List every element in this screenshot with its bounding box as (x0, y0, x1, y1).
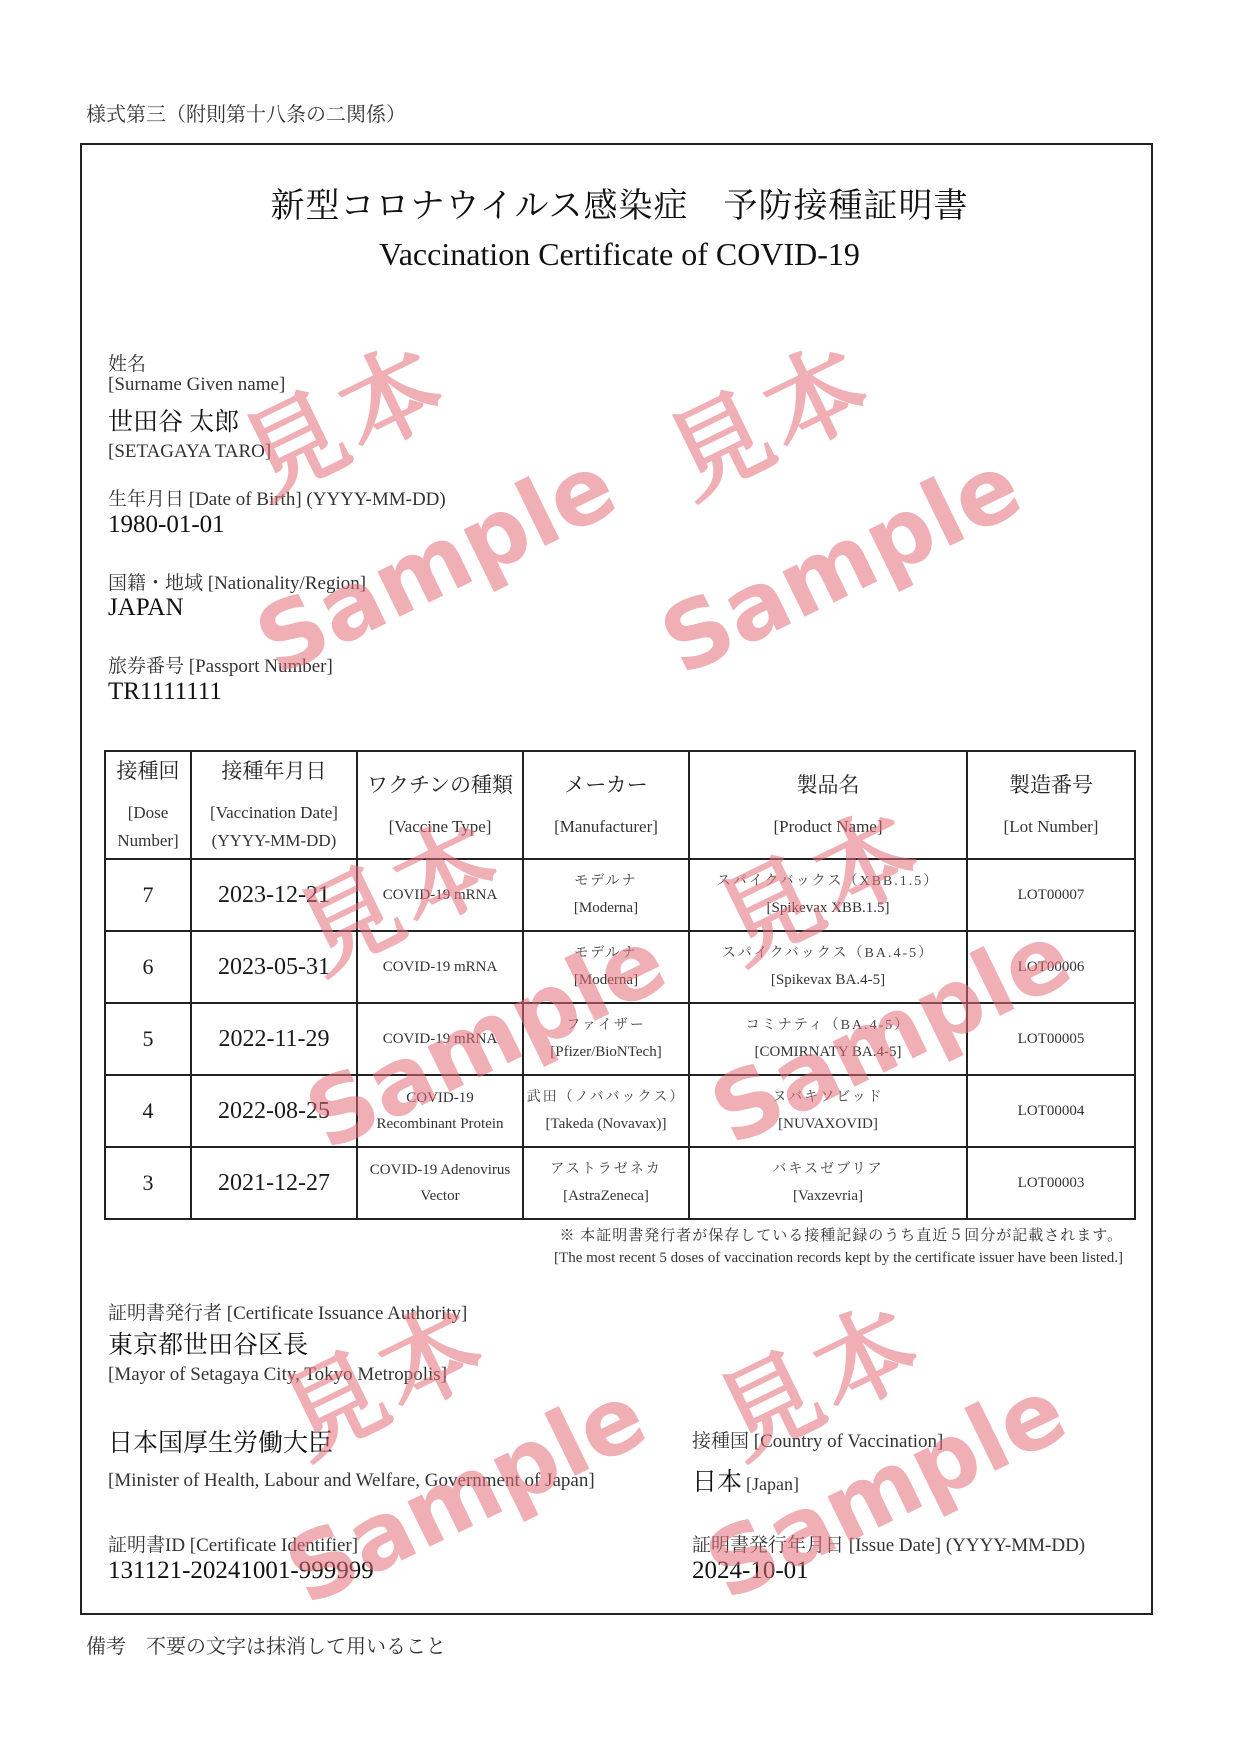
lot-number: LOT00003 (967, 1147, 1135, 1219)
product-name: スパイクバックス（XBB.1.5）[Spikevax XBB.1.5] (689, 859, 967, 931)
vaccine-type-line1: COVID-19 Adenovirus (358, 1157, 522, 1183)
product-name-ja: コミナティ（BA.4-5） (690, 1013, 966, 1039)
product-name: スパイクバックス（BA.4-5）[Spikevax BA.4-5] (689, 931, 967, 1003)
column-header-en: [Product Name] (690, 813, 966, 841)
manufacturer: アストラゼネカ[AstraZeneca] (523, 1147, 689, 1219)
product-name-ja: ヌバキソビッド (690, 1085, 966, 1111)
manufacturer-en: [Moderna] (524, 895, 688, 921)
vaccine-type: COVID-19 mRNA (357, 931, 523, 1003)
product-name-en: [Spikevax BA.4-5] (690, 967, 966, 993)
product-name-ja: スパイクバックス（BA.4-5） (690, 941, 966, 967)
vaccine-type: COVID-19 mRNA (357, 1003, 523, 1075)
passport-value: TR1111111 (108, 678, 222, 706)
title-ja: 新型コロナウイルス感染症 予防接種証明書 (0, 178, 1239, 227)
column-header: 接種回[DoseNumber] (105, 751, 191, 859)
vaccine-type-line1: COVID-19 mRNA (358, 954, 522, 980)
issue-date-label: 証明書発行年月日 [Issue Date] (YYYY-MM-DD) (692, 1530, 1085, 1557)
lot-number: LOT00005 (967, 1003, 1135, 1075)
issuer-label: 証明書発行者 [Certificate Issuance Authority] (108, 1298, 467, 1325)
manufacturer: ファイザー[Pfizer/BioNTech] (523, 1003, 689, 1075)
vaccination-date: 2021-12-27 (191, 1147, 357, 1219)
vaccine-type-line1: COVID-19 mRNA (358, 882, 522, 908)
table-row: 62023-05-31COVID-19 mRNAモデルナ[Moderna]スパイ… (105, 931, 1135, 1003)
form-header: 様式第三（附則第十八条の二関係） (86, 98, 406, 127)
vaccine-type: COVID-19 mRNA (357, 859, 523, 931)
product-name-en: [COMIRNATY BA.4-5] (690, 1039, 966, 1065)
manufacturer-ja: 武田（ノババックス） (524, 1085, 688, 1111)
column-header-en-sub: (YYYY-MM-DD) (192, 827, 356, 855)
table-note-ja: ※ 本証明書発行者が保存している接種記録のうち直近５回分が記載されます。 (559, 1224, 1123, 1245)
dob-label: 生年月日 [Date of Birth] (YYYY-MM-DD) (108, 484, 446, 511)
country-value: 日本 [Japan] (692, 1462, 799, 1498)
table-note-en: [The most recent 5 doses of vaccination … (554, 1250, 1123, 1267)
column-header: メーカー[Manufacturer] (523, 751, 689, 859)
vaccination-records-table: 接種回[DoseNumber]接種年月日[Vaccination Date](Y… (104, 750, 1136, 1220)
column-header-en: [Vaccine Type] (358, 813, 522, 841)
column-header-en: [Dose (106, 799, 190, 827)
name-label-ja: 姓名 (108, 349, 146, 376)
manufacturer: 武田（ノババックス）[Takeda (Novavax)] (523, 1075, 689, 1147)
column-header: 接種年月日[Vaccination Date](YYYY-MM-DD) (191, 751, 357, 859)
manufacturer: モデルナ[Moderna] (523, 859, 689, 931)
product-name: コミナティ（BA.4-5）[COMIRNATY BA.4-5] (689, 1003, 967, 1075)
table-row: 52022-11-29COVID-19 mRNAファイザー[Pfizer/Bio… (105, 1003, 1135, 1075)
certificate-id-label: 証明書ID [Certificate Identifier] (108, 1530, 358, 1557)
certificate-id-value: 131121-20241001-999999 (108, 1557, 374, 1585)
vaccination-date: 2023-12-21 (191, 859, 357, 931)
product-name-ja: スパイクバックス（XBB.1.5） (690, 869, 966, 895)
vaccine-type-line1: COVID-19 (358, 1085, 522, 1111)
minister-ja: 日本国厚生労働大臣 (108, 1423, 333, 1459)
manufacturer-ja: アストラゼネカ (524, 1157, 688, 1183)
manufacturer-ja: モデルナ (524, 941, 688, 967)
dose-number: 7 (105, 859, 191, 931)
column-header: 製品名[Product Name] (689, 751, 967, 859)
manufacturer-en: [AstraZeneca] (524, 1183, 688, 1209)
column-header: 製造番号[Lot Number] (967, 751, 1135, 859)
column-header: ワクチンの種類[Vaccine Type] (357, 751, 523, 859)
column-header-en-sub: Number] (106, 827, 190, 855)
product-name-en: [NUVAXOVID] (690, 1111, 966, 1137)
column-header-ja: メーカー (524, 769, 688, 799)
nationality-label: 国籍・地域 [Nationality/Region] (108, 568, 366, 595)
table-row: 42022-08-25COVID-19Recombinant Protein武田… (105, 1075, 1135, 1147)
product-name-ja: バキスゼブリア (690, 1157, 966, 1183)
column-header-ja: 製造番号 (968, 769, 1134, 799)
vaccine-type: COVID-19Recombinant Protein (357, 1075, 523, 1147)
issuer-name-en: [Mayor of Setagaya City, Tokyo Metropoli… (108, 1364, 447, 1386)
vaccination-date: 2022-08-25 (191, 1075, 357, 1147)
dose-number: 6 (105, 931, 191, 1003)
column-header-ja: ワクチンの種類 (358, 769, 522, 799)
manufacturer-en: [Pfizer/BioNTech] (524, 1039, 688, 1065)
lot-number: LOT00007 (967, 859, 1135, 931)
holder-name-ja: 世田谷 太郎 (108, 402, 239, 438)
issue-date-value: 2024-10-01 (692, 1557, 809, 1585)
nationality-value: JAPAN (108, 594, 184, 622)
dose-number: 4 (105, 1075, 191, 1147)
manufacturer-en: [Takeda (Novavax)] (524, 1111, 688, 1137)
manufacturer: モデルナ[Moderna] (523, 931, 689, 1003)
vaccine-type: COVID-19 AdenovirusVector (357, 1147, 523, 1219)
country-label: 接種国 [Country of Vaccination] (692, 1426, 943, 1453)
vaccine-type-line2: Vector (358, 1183, 522, 1209)
product-name-en: [Vaxzevria] (690, 1183, 966, 1209)
dose-number: 5 (105, 1003, 191, 1075)
vaccination-date: 2023-05-31 (191, 931, 357, 1003)
dob-value: 1980-01-01 (108, 511, 225, 539)
minister-en: [Minister of Health, Labour and Welfare,… (108, 1470, 595, 1492)
lot-number: LOT00006 (967, 931, 1135, 1003)
vaccine-type-line2: Recombinant Protein (358, 1111, 522, 1137)
product-name: バキスゼブリア[Vaxzevria] (689, 1147, 967, 1219)
country-value-ja: 日本 (692, 1469, 742, 1496)
manufacturer-en: [Moderna] (524, 967, 688, 993)
column-header-en: [Manufacturer] (524, 813, 688, 841)
product-name-en: [Spikevax XBB.1.5] (690, 895, 966, 921)
country-value-en: [Japan] (746, 1474, 799, 1494)
column-header-en: [Lot Number] (968, 813, 1134, 841)
table-row: 72023-12-21COVID-19 mRNAモデルナ[Moderna]スパイ… (105, 859, 1135, 931)
manufacturer-ja: ファイザー (524, 1013, 688, 1039)
table-row: 32021-12-27COVID-19 AdenovirusVectorアストラ… (105, 1147, 1135, 1219)
manufacturer-ja: モデルナ (524, 869, 688, 895)
vaccine-type-line1: COVID-19 mRNA (358, 1026, 522, 1052)
lot-number: LOT00004 (967, 1075, 1135, 1147)
column-header-ja: 接種年月日 (192, 755, 356, 785)
title-en: Vaccination Certificate of COVID-19 (0, 236, 1239, 273)
table-header-row: 接種回[DoseNumber]接種年月日[Vaccination Date](Y… (105, 751, 1135, 859)
column-header-ja: 接種回 (106, 755, 190, 785)
column-header-ja: 製品名 (690, 769, 966, 799)
column-header-en: [Vaccination Date] (192, 799, 356, 827)
name-label-en: [Surname Given name] (108, 374, 285, 396)
passport-label: 旅券番号 [Passport Number] (108, 651, 333, 678)
issuer-name-ja: 東京都世田谷区長 (108, 1325, 308, 1361)
holder-name-en: [SETAGAYA TARO] (108, 441, 271, 463)
product-name: ヌバキソビッド[NUVAXOVID] (689, 1075, 967, 1147)
remark: 備考 不要の文字は抹消して用いること (86, 1630, 446, 1659)
dose-number: 3 (105, 1147, 191, 1219)
vaccination-date: 2022-11-29 (191, 1003, 357, 1075)
